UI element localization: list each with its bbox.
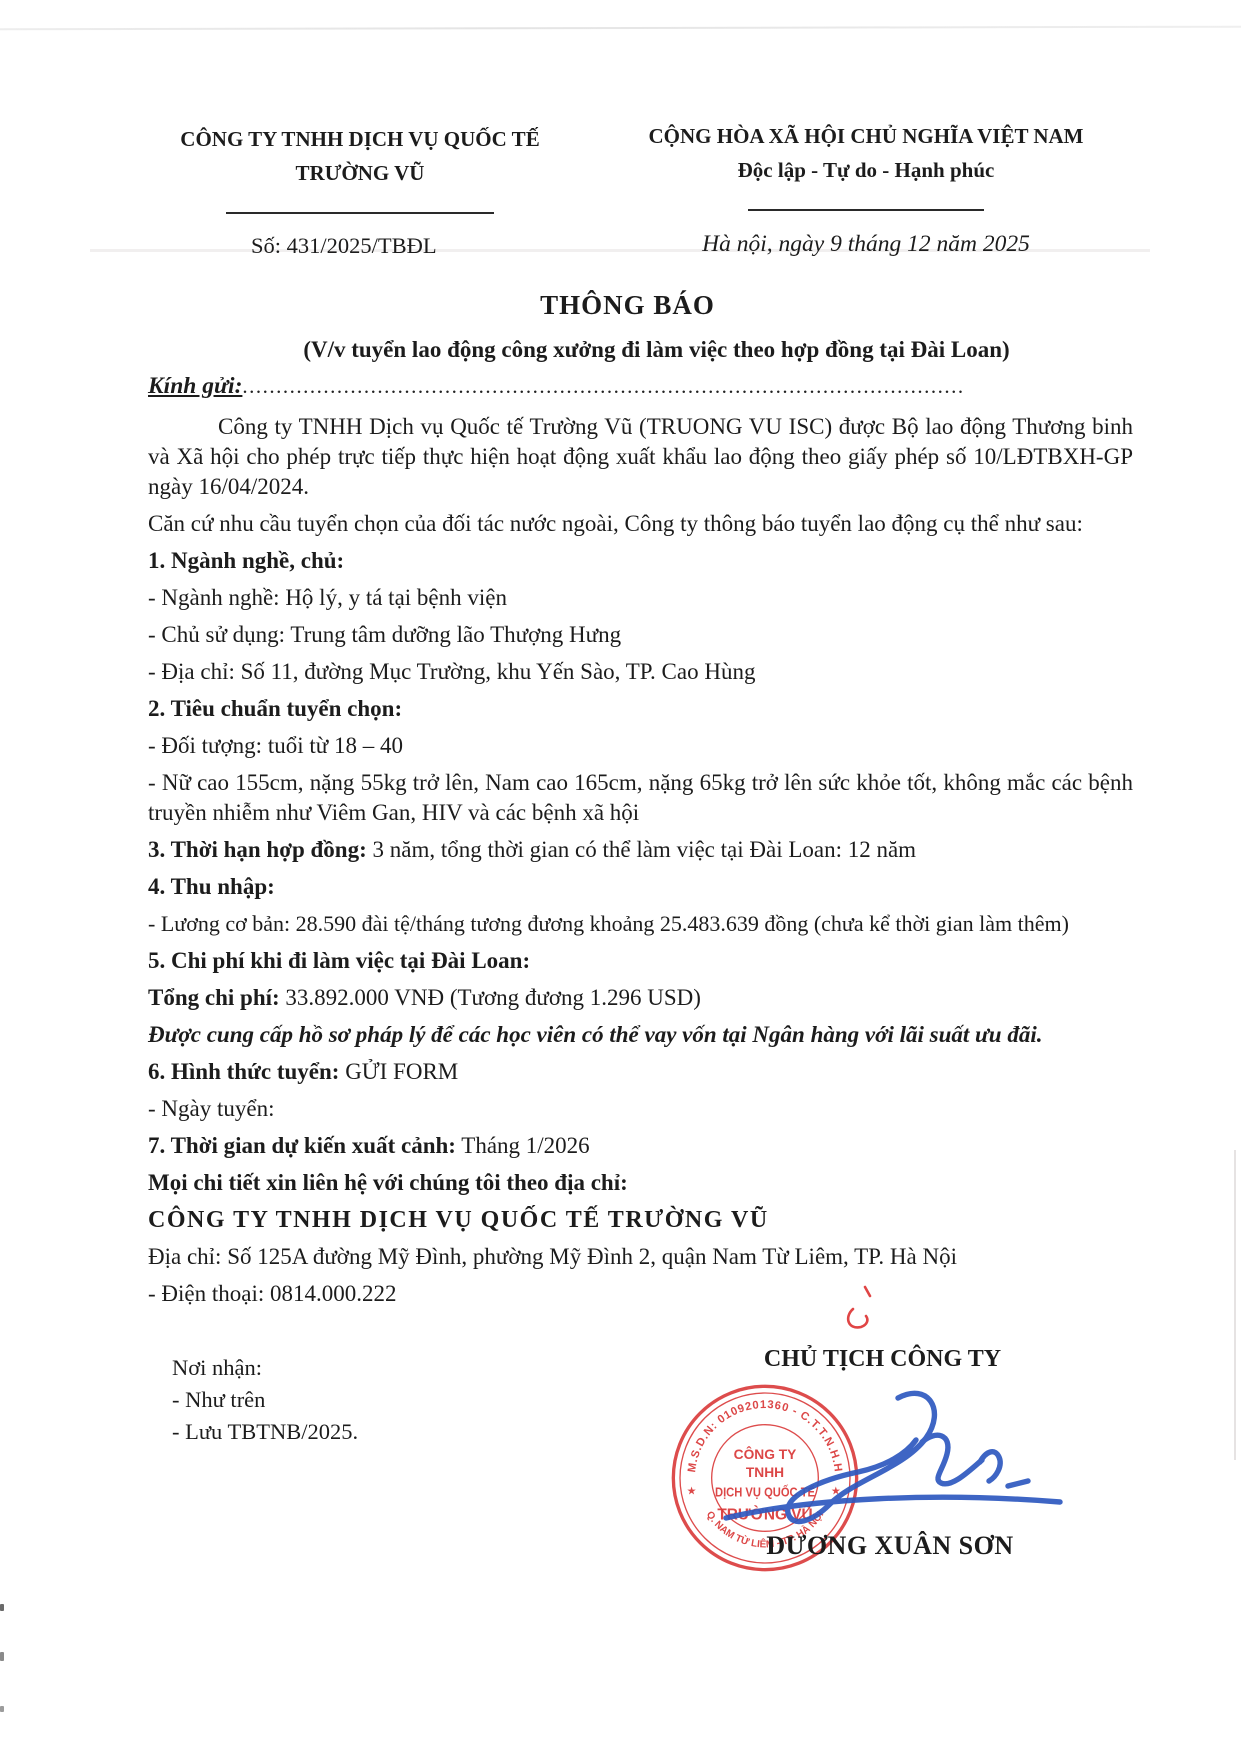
section1-employer: - Chủ sử dụng: Trung tâm dưỡng lão Thượn… xyxy=(148,620,1133,650)
signer-name: DƯƠNG XUÂN SƠN xyxy=(700,1531,1080,1561)
section2-age: - Đối tượng: tuổi từ 18 – 40 xyxy=(148,731,1133,761)
section2-physical: - Nữ cao 155cm, nặng 55kg trở lên, Nam c… xyxy=(148,768,1133,828)
section6-heading: 6. Hình thức tuyển: xyxy=(148,1059,339,1084)
recipients-label: Nơi nhận: xyxy=(172,1352,358,1384)
section7-text: Tháng 1/2026 xyxy=(456,1133,590,1158)
intro-paragraph: Công ty TNHH Dịch vụ Quốc tế Trường Vũ (… xyxy=(148,412,1133,502)
total-cost-label: Tổng chi phí: xyxy=(148,985,280,1010)
section5-heading: 5. Chi phí khi đi làm việc tại Đài Loan: xyxy=(148,946,1133,976)
salutation-label: Kính gửi: xyxy=(148,373,242,400)
red-ink-mark xyxy=(838,1283,882,1333)
section1-address: - Địa chỉ: Số 11, đường Mục Trường, khu … xyxy=(148,657,1133,687)
recipients-item: - Như trên xyxy=(172,1384,358,1416)
document-body: Công ty TNHH Dịch vụ Quốc tế Trường Vũ (… xyxy=(148,412,1133,1316)
header-divider-right xyxy=(748,208,984,211)
scan-artifact-speck xyxy=(0,1652,4,1661)
company-header-block: CÔNG TY TNHH DỊCH VỤ QUỐC TẾ TRƯỜNG VŨ xyxy=(150,122,570,224)
section3-text: 3 năm, tổng thời gian có thể làm việc tạ… xyxy=(367,837,916,862)
section3-heading: 3. Thời hạn hợp đồng: xyxy=(148,837,367,862)
document-subtitle: (V/v tuyển lao động công xưởng đi làm vi… xyxy=(36,337,1241,363)
handwritten-signature xyxy=(688,1382,1090,1532)
scanned-document-page: CÔNG TY TNHH DỊCH VỤ QUỐC TẾ TRƯỜNG VŨ C… xyxy=(0,0,1241,1755)
salutation-dotted-leader: ........................................… xyxy=(242,374,962,399)
scan-artifact-speck xyxy=(0,1604,4,1611)
scan-artifact-speck xyxy=(0,1706,4,1712)
section6-text: GỬI FORM xyxy=(339,1059,458,1084)
section6-recruit-date: - Ngày tuyển: xyxy=(148,1094,1133,1124)
section7-heading: 7. Thời gian dự kiến xuất cảnh: xyxy=(148,1133,456,1158)
section4-salary: - Lương cơ bản: 28.590 đài tệ/tháng tươn… xyxy=(148,909,1133,939)
section3-line: 3. Thời hạn hợp đồng: 3 năm, tổng thời g… xyxy=(148,835,1133,865)
basis-line: Căn cứ nhu cầu tuyển chọn của đối tác nư… xyxy=(148,509,1133,539)
recipients-item: - Lưu TBTNB/2025. xyxy=(172,1416,358,1448)
total-cost-value: 33.892.000 VNĐ (Tương đương 1.296 USD) xyxy=(280,985,701,1010)
section6-line: 6. Hình thức tuyển: GỬI FORM xyxy=(148,1057,1133,1087)
document-title: THÔNG BÁO xyxy=(7,290,1241,321)
recipients-block: Nơi nhận: - Như trên - Lưu TBTNB/2025. xyxy=(172,1352,358,1448)
contact-phone: - Điện thoại: 0814.000.222 xyxy=(148,1279,1133,1309)
salutation-line: Kính gửi: ..............................… xyxy=(148,373,962,400)
contact-address: Địa chỉ: Số 125A đường Mỹ Đình, phường M… xyxy=(148,1242,1133,1272)
section1-occupation: - Ngành nghề: Hộ lý, y tá tại bệnh viện xyxy=(148,583,1133,613)
scan-artifact-line xyxy=(0,26,1241,31)
scan-artifact-line xyxy=(1234,1150,1236,1460)
document-number: Số: 431/2025/TBĐL xyxy=(251,233,437,259)
company-name-line2: TRƯỜNG VŨ xyxy=(150,156,570,190)
section1-heading: 1. Ngành nghề, chủ: xyxy=(148,546,1133,576)
national-motto-line1: CỘNG HÒA XÃ HỘI CHỦ NGHĨA VIỆT NAM xyxy=(640,119,1092,153)
company-name-line1: CÔNG TY TNHH DỊCH VỤ QUỐC TẾ xyxy=(150,122,570,156)
section5-loan-note: Được cung cấp hồ sơ pháp lý để các học v… xyxy=(148,1020,1133,1050)
contact-company-name: CÔNG TY TNHH DỊCH VỤ QUỐC TẾ TRƯỜNG VŨ xyxy=(148,1205,1133,1235)
section2-heading: 2. Tiêu chuẩn tuyển chọn: xyxy=(148,694,1133,724)
national-header-block: CỘNG HÒA XÃ HỘI CHỦ NGHĨA VIỆT NAM Độc l… xyxy=(640,119,1092,221)
contact-intro: Mọi chi tiết xin liên hệ với chúng tôi t… xyxy=(148,1168,1133,1198)
section7-line: 7. Thời gian dự kiến xuất cảnh: Tháng 1/… xyxy=(148,1131,1133,1161)
section4-heading: 4. Thu nhập: xyxy=(148,872,1133,902)
national-motto-line2: Độc lập - Tự do - Hạnh phúc xyxy=(640,153,1092,187)
section5-total-cost: Tổng chi phí: 33.892.000 VNĐ (Tương đươn… xyxy=(148,983,1133,1013)
signer-title: CHỦ TỊCH CÔNG TY xyxy=(700,1346,1065,1373)
place-and-date: Hà nội, ngày 9 tháng 12 năm 2025 xyxy=(640,231,1092,258)
header-divider-left xyxy=(226,211,494,214)
